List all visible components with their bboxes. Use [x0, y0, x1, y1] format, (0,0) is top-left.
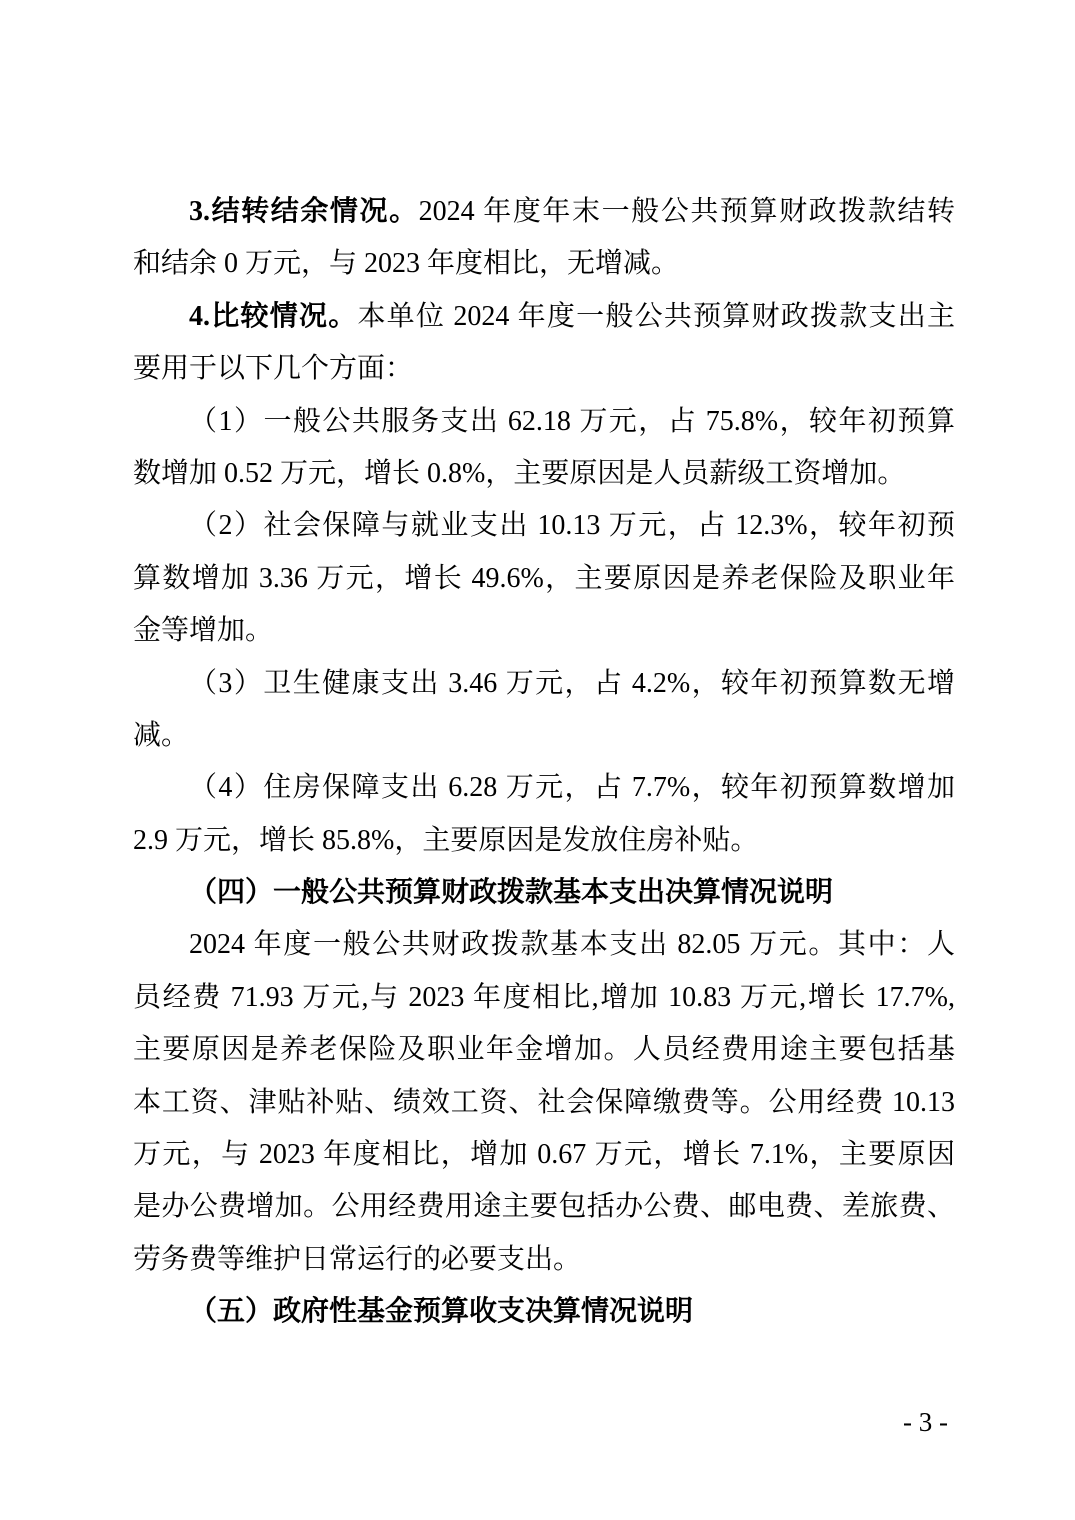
doc-line: 2.9 万元，增长 85.8%，主要原因是发放住房补贴。 — [133, 815, 955, 867]
line-text-segment: 要用于以下几个方面： — [133, 353, 413, 384]
doc-line: 减。 — [133, 710, 955, 762]
line-text-segment: 算数增加 3.36 万元，增长 49.6%，主要原因是养老保险及职业年 — [133, 563, 955, 594]
line-text-segment: 劳务费等维护日常运行的必要支出。 — [133, 1244, 581, 1275]
line-text-segment: 主要原因是养老保险及职业年金增加。人员经费用途主要包括基 — [133, 1034, 955, 1065]
doc-line: 是办公费增加。公用经费用途主要包括办公费、邮电费、差旅费、 — [133, 1181, 955, 1233]
document-text-block: 3.结转结余情况。2024 年度年末一般公共预算财政拨款结转 和结余 0 万元，… — [133, 186, 955, 1339]
doc-line: 数增加 0.52 万元，增长 0.8%，主要原因是人员薪级工资增加。 — [133, 448, 955, 500]
line-text-segment: 2024 年度年末一般公共预算财政拨款结转 — [419, 196, 955, 227]
line-text-segment: 员经费 71.93 万元,与 2023 年度相比,增加 10.83 万元,增长 … — [133, 982, 955, 1013]
line-text-segment: （1）一般公共服务支出 62.18 万元，占 75.8%，较年初预算 — [189, 406, 955, 437]
line-text-segment: 减。 — [133, 720, 189, 751]
doc-line: （4）住房保障支出 6.28 万元，占 7.7%，较年初预算数增加 — [133, 762, 955, 814]
doc-line: 3.结转结余情况。2024 年度年末一般公共预算财政拨款结转 — [133, 186, 955, 238]
doc-line: 要用于以下几个方面： — [133, 343, 955, 395]
line-text-segment: 万元，与 2023 年度相比，增加 0.67 万元，增长 7.1%，主要原因 — [133, 1139, 955, 1170]
doc-line: 金等增加。 — [133, 605, 955, 657]
doc-line: （1）一般公共服务支出 62.18 万元，占 75.8%，较年初预算 — [133, 396, 955, 448]
section-heading: （四）一般公共预算财政拨款基本支出决算情况说明 — [133, 867, 955, 919]
document-page: 3.结转结余情况。2024 年度年末一般公共预算财政拨款结转 和结余 0 万元，… — [0, 0, 1075, 1520]
line-text-segment: （2）社会保障与就业支出 10.13 万元，占 12.3%，较年初预 — [189, 510, 955, 541]
line-text-segment: 本工资、津贴补贴、绩效工资、社会保障缴费等。公用经费 10.13 — [133, 1087, 955, 1118]
line-text-segment: （3）卫生健康支出 3.46 万元，占 4.2%，较年初预算数无增 — [189, 668, 955, 699]
doc-line: （2）社会保障与就业支出 10.13 万元，占 12.3%，较年初预 — [133, 500, 955, 552]
line-bold-segment: （五）政府性基金预算收支决算情况说明 — [189, 1296, 693, 1327]
doc-line: 员经费 71.93 万元,与 2023 年度相比,增加 10.83 万元,增长 … — [133, 972, 955, 1024]
line-bold-segment: 3.结转结余情况。 — [189, 196, 419, 227]
line-text-segment: 本单位 2024 年度一般公共预算财政拨款支出主 — [357, 301, 955, 332]
line-bold-segment: （四）一般公共预算财政拨款基本支出决算情况说明 — [189, 877, 833, 908]
line-text-segment: 2024 年度一般公共财政拨款基本支出 82.05 万元。其中：人 — [189, 929, 955, 960]
line-text-segment: 是办公费增加。公用经费用途主要包括办公费、邮电费、差旅费、 — [133, 1191, 955, 1222]
doc-line: 和结余 0 万元，与 2023 年度相比，无增减。 — [133, 238, 955, 290]
doc-line: 2024 年度一般公共财政拨款基本支出 82.05 万元。其中：人 — [133, 919, 955, 971]
line-text-segment: 和结余 0 万元，与 2023 年度相比，无增减。 — [133, 248, 679, 279]
doc-line: 4.比较情况。本单位 2024 年度一般公共预算财政拨款支出主 — [133, 291, 955, 343]
line-text-segment: （4）住房保障支出 6.28 万元，占 7.7%，较年初预算数增加 — [189, 772, 955, 803]
line-text-segment: 数增加 0.52 万元，增长 0.8%，主要原因是人员薪级工资增加。 — [133, 458, 905, 489]
page-number: - 3 - — [903, 1406, 948, 1438]
doc-line: 算数增加 3.36 万元，增长 49.6%，主要原因是养老保险及职业年 — [133, 553, 955, 605]
section-heading: （五）政府性基金预算收支决算情况说明 — [133, 1286, 955, 1338]
line-bold-segment: 4.比较情况。 — [189, 301, 357, 332]
doc-line: 劳务费等维护日常运行的必要支出。 — [133, 1234, 955, 1286]
doc-line: 主要原因是养老保险及职业年金增加。人员经费用途主要包括基 — [133, 1024, 955, 1076]
doc-line: 万元，与 2023 年度相比，增加 0.67 万元，增长 7.1%，主要原因 — [133, 1129, 955, 1181]
doc-line: （3）卫生健康支出 3.46 万元，占 4.2%，较年初预算数无增 — [133, 658, 955, 710]
line-text-segment: 2.9 万元，增长 85.8%，主要原因是发放住房补贴。 — [133, 825, 758, 856]
doc-line: 本工资、津贴补贴、绩效工资、社会保障缴费等。公用经费 10.13 — [133, 1077, 955, 1129]
line-text-segment: 金等增加。 — [133, 615, 273, 646]
